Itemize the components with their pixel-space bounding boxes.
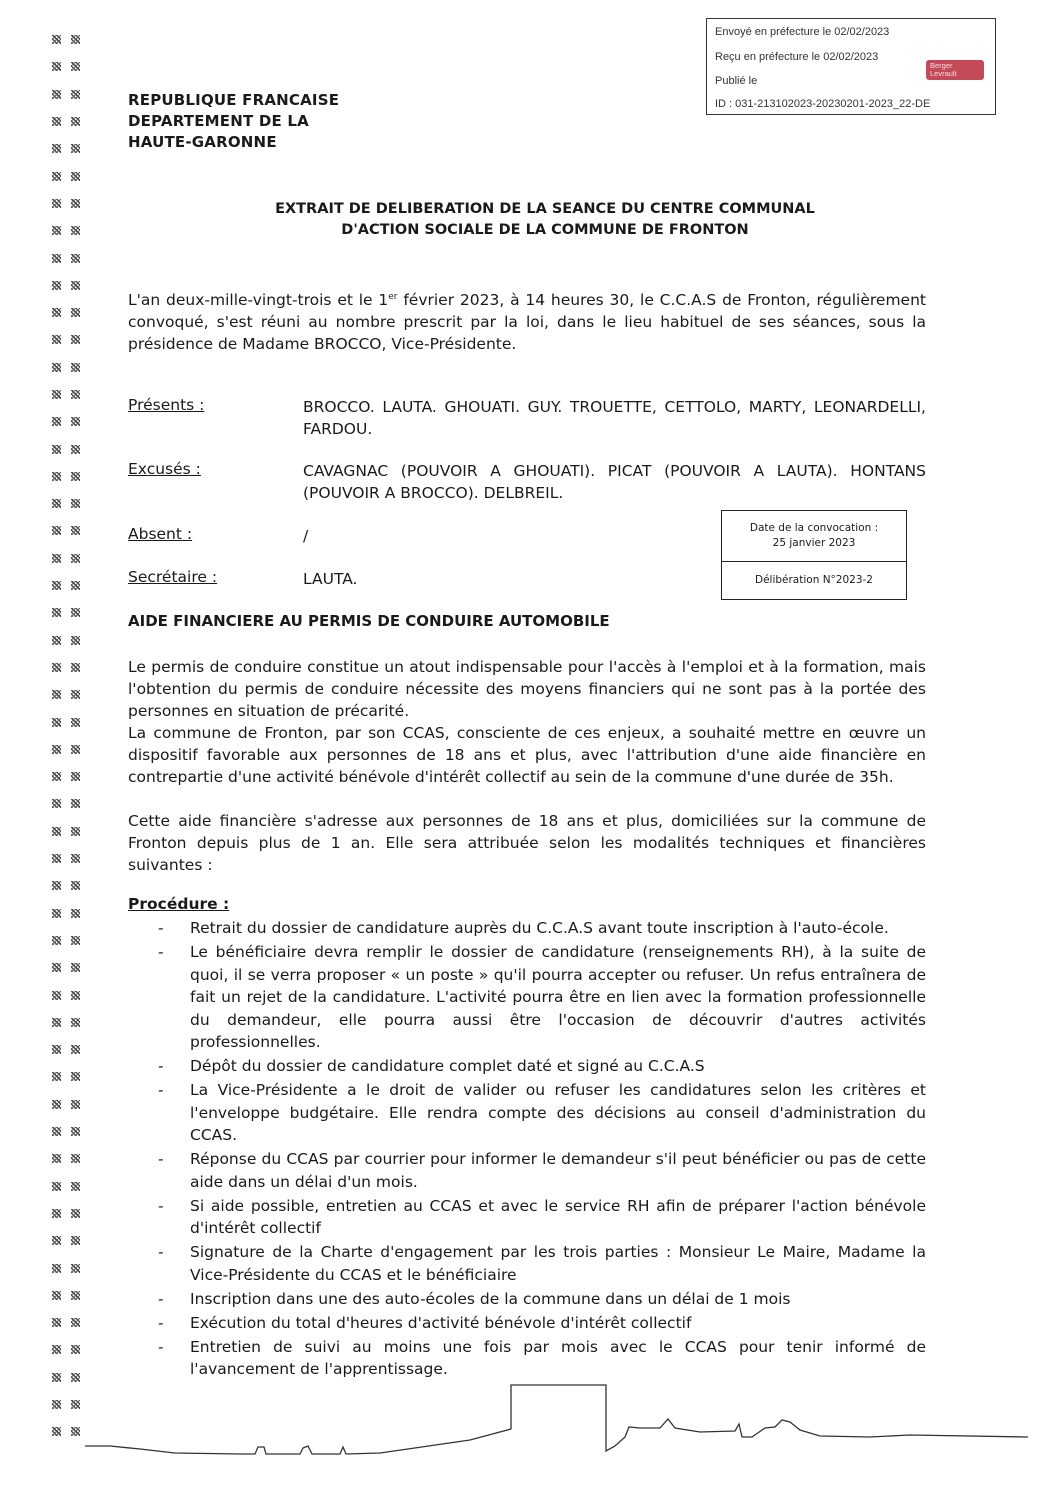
margin-mark-row [52,299,92,326]
margin-mark-icon [71,936,80,945]
margin-mark-icon [52,827,61,836]
margin-mark-icon [71,963,80,972]
margin-mark-icon [52,62,61,71]
margin-mark-icon [71,1209,80,1218]
margin-mark-row [52,26,92,53]
title-line: D'ACTION SOCIALE DE LA COMMUNE DE FRONTO… [30,220,1060,241]
procedure-step: Retrait du dossier de candidature auprès… [128,917,926,940]
margin-mark-icon [52,1209,61,1218]
margin-mark-row [52,81,92,108]
stamp-published: Publié le [715,75,757,87]
margin-mark-row [52,108,92,135]
margin-mark-icon [71,772,80,781]
margin-mark-icon [52,335,61,344]
margin-mark-row [52,545,92,572]
procedure-step: Réponse du CCAS par courrier pour inform… [128,1148,926,1193]
excused-label: Excusés : [128,460,201,478]
margin-mark-icon [71,390,80,399]
margin-mark-icon [52,445,61,454]
margin-mark-row [52,763,92,790]
margin-mark-icon [52,909,61,918]
margin-mark-row [52,1009,92,1036]
body-paragraph-1: Le permis de conduire constitue un atout… [128,656,926,722]
title-line: EXTRAIT DE DELIBERATION DE LA SEANCE DU … [30,199,1060,220]
margin-mark-row [52,1200,92,1227]
procedure-step: Inscription dans une des auto-écoles de … [128,1288,926,1311]
margin-mark-icon [71,1045,80,1054]
margin-mark-icon [71,718,80,727]
margin-mark-row [52,627,92,654]
margin-mark-row [52,872,92,899]
margin-mark-icon [52,35,61,44]
margin-mark-row [52,1091,92,1118]
margin-mark-icon [52,663,61,672]
margin-mark-icon [52,90,61,99]
deliberation-subject: AIDE FINANCIERE AU PERMIS DE CONDUIRE AU… [128,612,610,630]
logo-text-2: Levrault [930,70,980,78]
margin-mark-icon [52,1018,61,1027]
margin-mark-icon [71,363,80,372]
header-line: HAUTE-GARONNE [128,132,339,153]
margin-mark-icon [71,799,80,808]
procedure-step: Le bénéficiaire devra remplir le dossier… [128,941,926,1054]
margin-mark-row [52,845,92,872]
margin-mark-icon [52,281,61,290]
margin-mark-row [52,1145,92,1172]
margin-mark-icon [71,1100,80,1109]
margin-mark-icon [52,1127,61,1136]
margin-mark-icon [52,636,61,645]
margin-mark-row [52,1172,92,1199]
margin-mark-row [52,408,92,435]
margin-mark-icon [71,117,80,126]
margin-mark-row [52,790,92,817]
margin-mark-icon [52,963,61,972]
margin-mark-icon [71,991,80,1000]
margin-mark-icon [71,1154,80,1163]
margin-mark-icon [52,499,61,508]
margin-mark-icon [52,363,61,372]
margin-mark-icon [52,1100,61,1109]
margin-mark-icon [52,417,61,426]
margin-mark-row [52,244,92,271]
margin-mark-row [52,1063,92,1090]
margin-mark-icon [71,308,80,317]
body-paragraph-2: La commune de Fronton, par son CCAS, con… [128,722,926,788]
present-label: Présents : [128,396,204,414]
margin-mark-icon [52,172,61,181]
margin-mark-icon [71,1072,80,1081]
deliberation-number: Délibération N°2023-2 [722,562,906,598]
prefecture-stamp: Envoyé en préfecture le 02/02/2023 Reçu … [706,18,996,115]
convocation-box: Date de la convocation : 25 janvier 2023… [721,510,907,600]
margin-mark-icon [52,144,61,153]
margin-mark-icon [71,1345,80,1354]
procedure-step: Signature de la Charte d'engagement par … [128,1241,926,1286]
margin-mark-row [52,572,92,599]
margin-mark-icon [71,1318,80,1327]
margin-mark-icon [71,608,80,617]
margin-mark-icon [52,554,61,563]
margin-mark-row [52,272,92,299]
margin-mark-icon [71,499,80,508]
margin-mark-icon [71,1127,80,1136]
margin-mark-icon [52,526,61,535]
margin-mark-icon [71,581,80,590]
procedure-step: Entretien de suivi au moins une fois par… [128,1336,926,1381]
margin-mark-row [52,1282,92,1309]
margin-mark-icon [52,1318,61,1327]
margin-mark-icon [71,417,80,426]
margin-mark-row [52,927,92,954]
margin-mark-row [52,354,92,381]
margin-mark-icon [52,1345,61,1354]
convocation-date-cell: Date de la convocation : 25 janvier 2023 [722,511,906,562]
margin-mark-row [52,981,92,1008]
margin-mark-row [52,135,92,162]
intro-text: L'an deux-mille-vingt-trois et le 1 [128,291,388,309]
convocation-label: Date de la convocation : [722,521,906,536]
margin-mark-icon [71,335,80,344]
margin-mark-icon [52,881,61,890]
skyline-decoration [0,1380,1060,1470]
berger-levrault-logo: Berger Levrault [926,60,984,80]
procedure-title: Procédure : [128,895,229,913]
margin-mark-icon [52,854,61,863]
margin-mark-icon [52,1072,61,1081]
margin-mark-row [52,599,92,626]
margin-mark-icon [52,608,61,617]
document-title: EXTRAIT DE DELIBERATION DE LA SEANCE DU … [0,199,1060,241]
margin-mark-icon [71,172,80,181]
margin-mark-row [52,490,92,517]
margin-mark-icon [71,1182,80,1191]
margin-mark-row [52,463,92,490]
margin-mark-row [52,1118,92,1145]
margin-mark-icon [52,254,61,263]
margin-mark-icon [71,144,80,153]
margin-mark-row [52,1036,92,1063]
margin-mark-icon [71,663,80,672]
margin-mark-icon [52,390,61,399]
margin-mark-icon [71,690,80,699]
margin-mark-icon [52,472,61,481]
margin-mark-row [52,1254,92,1281]
margin-mark-icon [71,90,80,99]
stamp-id: ID : 031-213102023-20230201-2023_22-DE [715,98,930,110]
margin-mark-icon [71,1264,80,1273]
margin-mark-icon [52,799,61,808]
margin-mark-icon [52,1182,61,1191]
margin-mark-row [52,654,92,681]
margin-mark-row [52,708,92,735]
absent-label: Absent : [128,525,192,543]
margin-mark-row [52,326,92,353]
margin-mark-icon [52,1264,61,1273]
margin-mark-icon [71,1236,80,1245]
margin-mark-row [52,900,92,927]
margin-mark-icon [52,1154,61,1163]
intro-paragraph: L'an deux-mille-vingt-trois et le 1er fé… [128,286,926,355]
margin-mark-row [52,954,92,981]
margin-mark-row [52,681,92,708]
margin-mark-icon [52,1236,61,1245]
margin-mark-row [52,1227,92,1254]
margin-mark-icon [52,581,61,590]
margin-mark-row [52,517,92,544]
margin-mark-icon [71,854,80,863]
stamp-sent: Envoyé en préfecture le 02/02/2023 [715,26,889,38]
margin-mark-row [52,1336,92,1363]
margin-mark-row [52,162,92,189]
margin-mark-icon [71,472,80,481]
margin-mark-icon [52,690,61,699]
body-paragraph-3: Cette aide financière s'adresse aux pers… [128,810,926,876]
margin-mark-icon [52,117,61,126]
procedure-step: La Vice-Présidente a le droit de valider… [128,1079,926,1147]
margin-mark-icon [71,281,80,290]
present-value: BROCCO. LAUTA. GHOUATI. GUY. TROUETTE, C… [303,396,926,440]
margin-mark-row [52,53,92,80]
margin-mark-icon [52,718,61,727]
margin-mark-row [52,818,92,845]
margin-mark-icon [71,554,80,563]
header-line: REPUBLIQUE FRANCAISE [128,90,339,111]
margin-mark-icon [71,745,80,754]
margin-mark-icon [71,445,80,454]
margin-mark-icon [71,881,80,890]
margin-mark-icon [71,62,80,71]
margin-mark-icon [71,1018,80,1027]
margin-mark-row [52,736,92,763]
margin-mark-icon [71,526,80,535]
margin-mark-row [52,381,92,408]
margin-mark-icon [71,35,80,44]
margin-mark-icon [52,745,61,754]
procedure-steps: Retrait du dossier de candidature auprès… [128,917,926,1382]
margin-mark-icon [71,254,80,263]
margin-mark-icon [71,1291,80,1300]
secretary-label: Secrétaire : [128,568,217,586]
margin-mark-icon [52,772,61,781]
margin-mark-icon [71,827,80,836]
margin-mark-icon [52,308,61,317]
margin-mark-icon [71,909,80,918]
procedure-step: Dépôt du dossier de candidature complet … [128,1055,926,1078]
procedure-step: Si aide possible, entretien au CCAS et a… [128,1195,926,1240]
convocation-date: 25 janvier 2023 [722,536,906,551]
issuer-header: REPUBLIQUE FRANCAISE DEPARTEMENT DE LA H… [128,90,339,153]
header-line: DEPARTEMENT DE LA [128,111,339,132]
margin-mark-icon [52,1291,61,1300]
intro-sup: er [388,292,397,302]
margin-mark-icon [52,936,61,945]
margin-mark-icon [52,1045,61,1054]
margin-mark-row [52,435,92,462]
procedure-step: Exécution du total d'heures d'activité b… [128,1312,926,1335]
margin-mark-row [52,1309,92,1336]
excused-value: CAVAGNAC (POUVOIR A GHOUATI). PICAT (POU… [303,460,926,504]
stamp-received: Reçu en préfecture le 02/02/2023 [715,51,878,63]
margin-mark-icon [52,991,61,1000]
margin-mark-icon [71,636,80,645]
